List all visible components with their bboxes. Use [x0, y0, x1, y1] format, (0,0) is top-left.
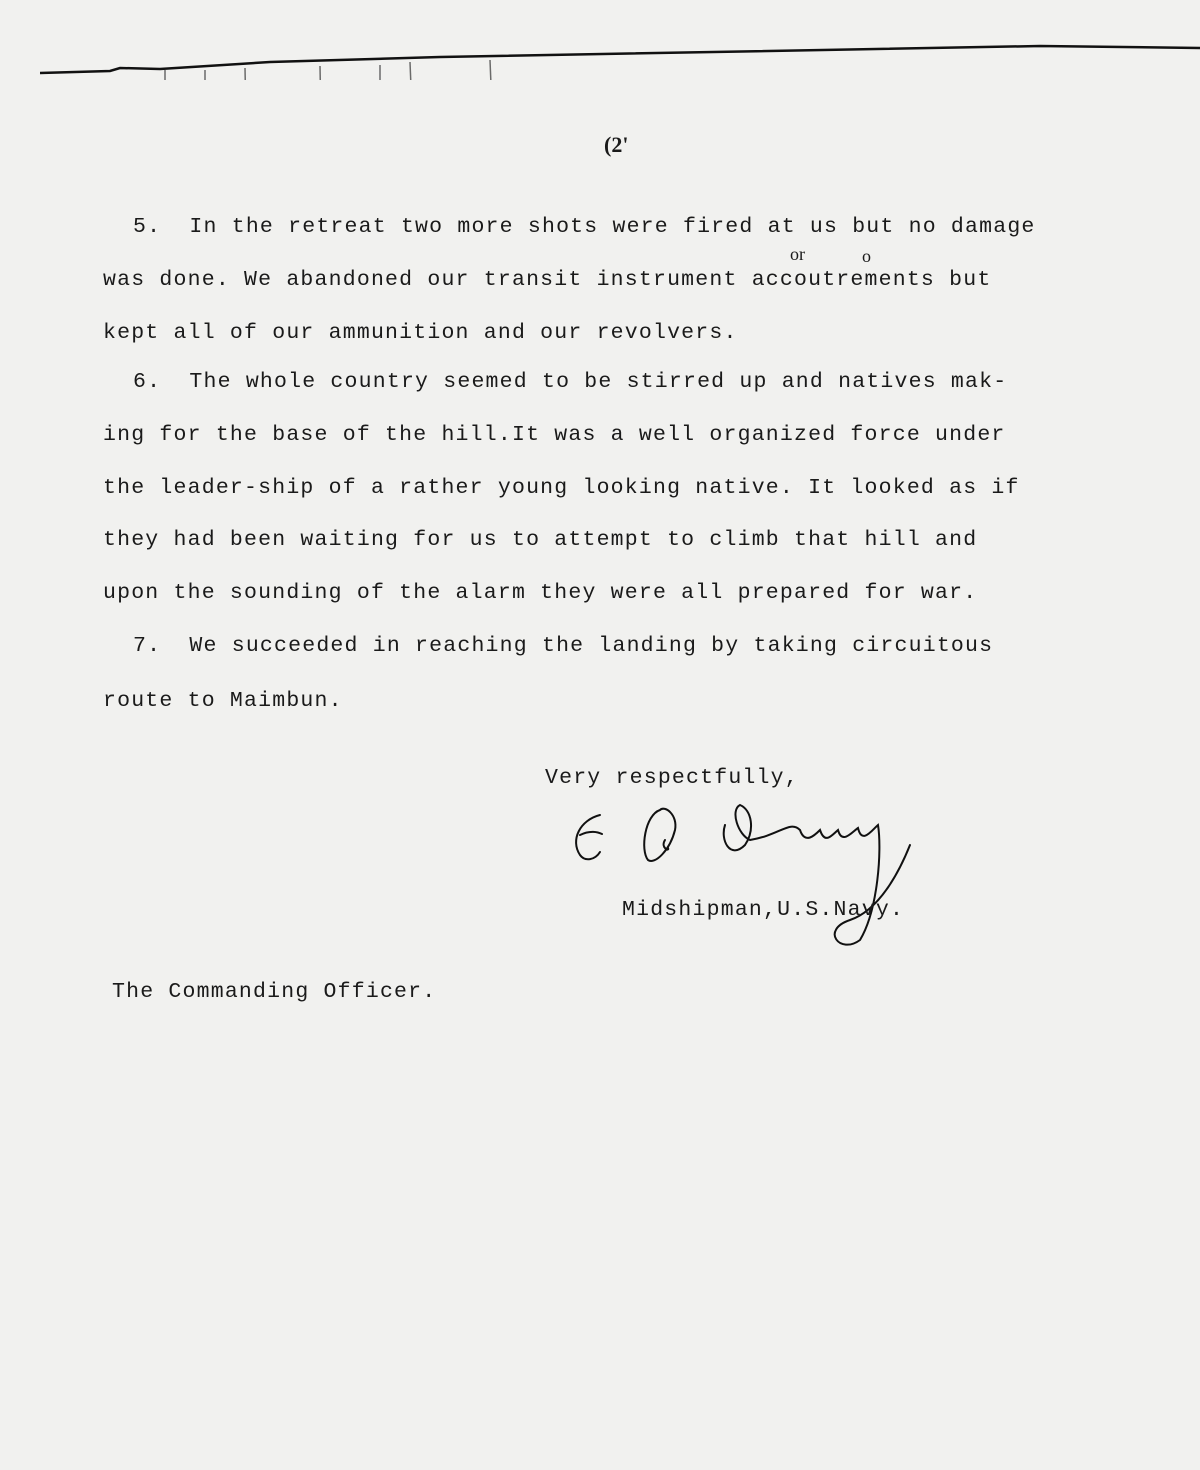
paragraph-6-line-1: 6. The whole country seemed to be stirre…	[133, 372, 1007, 394]
torn-header-rule	[40, 40, 1200, 80]
paragraph-7-line-1: 7. We succeeded in reaching the landing …	[133, 636, 993, 658]
handwritten-insertion-o: o	[862, 246, 871, 267]
paragraph-5-line-3: kept all of our ammunition and our revol…	[103, 323, 738, 345]
page-number: (2'	[604, 132, 628, 158]
closing-salutation: Very respectfully,	[545, 768, 799, 790]
paragraph-6-line-2: ing for the base of the hill.It was a we…	[103, 425, 1006, 447]
paragraph-6-line-3: the leader-ship of a rather young lookin…	[103, 478, 1020, 500]
addressee: The Commanding Officer.	[112, 982, 436, 1004]
document-page: (2' 5. In the retreat two more shots wer…	[0, 0, 1200, 1470]
paragraph-6-line-4: they had been waiting for us to attempt …	[103, 530, 977, 552]
paragraph-7-line-2: route to Maimbun.	[103, 691, 343, 713]
handwritten-signature: E. P. Finney,	[560, 790, 980, 960]
handwritten-insertion-or: or	[790, 244, 805, 265]
paragraph-5-line-2: was done. We abandoned our transit instr…	[103, 270, 991, 292]
paragraph-5-line-1: 5. In the retreat two more shots were fi…	[133, 217, 1036, 239]
paragraph-6-line-5: upon the sounding of the alarm they were…	[103, 583, 977, 605]
signer-title: Midshipman,U.S.Navy.	[622, 900, 904, 922]
